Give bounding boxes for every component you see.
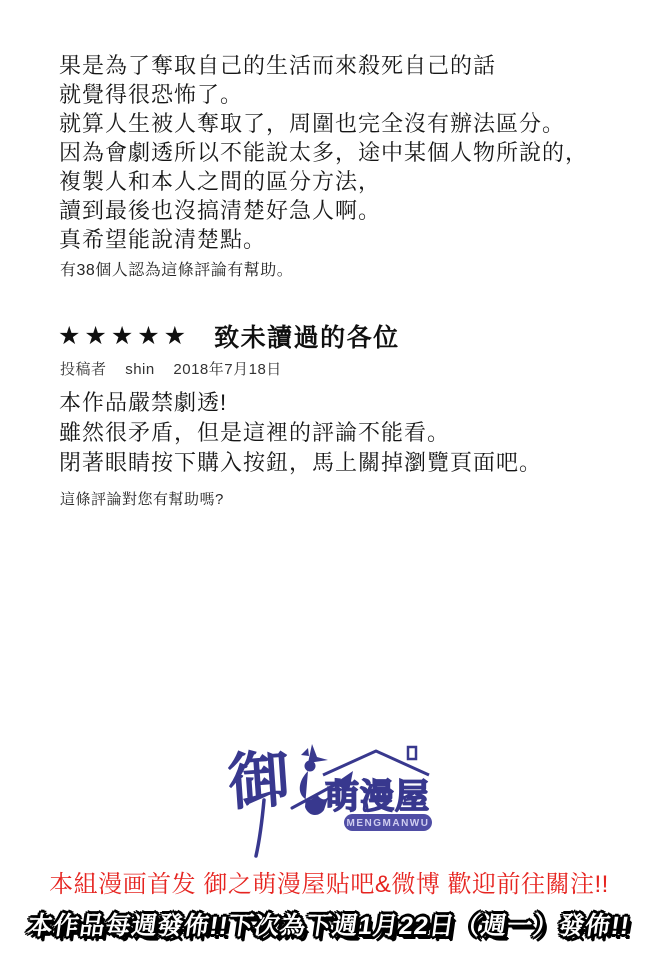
review-line: 就算人生被人奪取了，周圍也完全沒有辦法區分。 bbox=[59, 109, 588, 138]
review-header: ★★★★★ 致未讀過的各位 bbox=[58, 318, 400, 354]
logo-name-cn: 萌漫屋 bbox=[325, 778, 430, 816]
star-rating-icon: ★★★★★ bbox=[58, 321, 190, 351]
review-line: 就覺得很恐怖了。 bbox=[59, 80, 588, 109]
review-line: 複製人和本人之間的區分方法， bbox=[59, 167, 588, 196]
scan-group-logo: 御 萌漫屋 MENGMANWU bbox=[228, 738, 433, 858]
review-line: 雖然很矛盾，但是這裡的評論不能看。 bbox=[59, 418, 542, 448]
helpful-count-text: 有38個人認為這條評論有幫助。 bbox=[60, 257, 293, 280]
byline-label: 投稿者 bbox=[60, 361, 107, 378]
logo-yu-character: 御 bbox=[228, 742, 293, 819]
manga-credit-page: 果是為了奪取自己的生活而來殺死自己的話 就覺得很恐怖了。 就算人生被人奪取了，周… bbox=[0, 0, 658, 960]
release-schedule-line: 本作品每週發佈!!下次為下週1月22日（週一）發佈!! bbox=[0, 906, 658, 942]
review-line: 閉著眼睛按下購入按鈕，馬上關掉瀏覽頁面吧。 bbox=[59, 448, 542, 478]
helpful-question-text: 這條評論對您有幫助嗎? bbox=[60, 488, 224, 509]
byline-date: 2018年7月18日 bbox=[173, 361, 281, 378]
promo-text: 本組漫画首发 御之萌漫屋贴吧&微博 歡迎前往關注!! bbox=[0, 864, 658, 899]
release-schedule-text: 本作品每週發佈!!下次為下週1月22日（週一）發佈!! bbox=[25, 906, 632, 942]
review-text-block-2: 本作品嚴禁劇透! 雖然很矛盾，但是這裡的評論不能看。 閉著眼睛按下購入按鈕，馬上… bbox=[59, 388, 542, 478]
review-line: 果是為了奪取自己的生活而來殺死自己的話 bbox=[59, 51, 588, 80]
review-line: 本作品嚴禁劇透! bbox=[59, 388, 542, 418]
review-line: 真希望能說清楚點。 bbox=[59, 225, 588, 254]
byline-author: shin bbox=[125, 361, 155, 378]
logo-name-en: MENGMANWU bbox=[347, 818, 430, 829]
review-line: 因為會劇透所以不能說太多，途中某個人物所說的， bbox=[59, 138, 588, 167]
logo-name-en-pill: MENGMANWU bbox=[344, 814, 432, 831]
review-line: 讀到最後也沒搞清楚好急人啊。 bbox=[59, 196, 588, 225]
review-byline: 投稿者 shin 2018年7月18日 bbox=[60, 358, 282, 379]
house-roof-icon bbox=[323, 747, 429, 775]
review-text-block-1: 果是為了奪取自己的生活而來殺死自己的話 就覺得很恐怖了。 就算人生被人奪取了，周… bbox=[59, 51, 588, 254]
review-title: 致未讀過的各位 bbox=[214, 318, 400, 354]
